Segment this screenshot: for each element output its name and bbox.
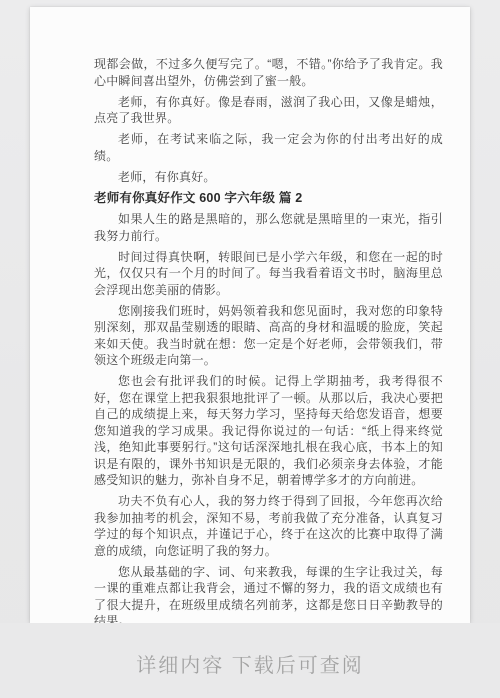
essay-paragraph: 功夫不负有心人，我的努力终于得到了回报，今年您再次给我参加抽考的机会，深知不易，…	[94, 493, 443, 559]
essay-paragraph: 您从最基础的字、词、句来教我，每课的生字让我过关，每一课的重难点都让我背会，通过…	[94, 564, 443, 630]
essay-paragraph: 老师，有你真好。	[94, 169, 443, 186]
essay-paragraph: 时间过得真快啊，转眼间已是小学六年级，和您在一起的时光，仅仅只有一个月的时间了。…	[94, 249, 443, 299]
essay-section-heading: 老师有你真好作文 600 字六年级 篇 2	[94, 190, 443, 207]
essay-paragraph: 现都会做，不过多久便写完了。“嗯，不错。”你给予了我肯定。我心中瞬间喜出望外，仿…	[94, 56, 443, 89]
essay-paragraph: 您刚接我们班时，妈妈领着我和您见面时，我对您的印象特别深刻，那双晶莹剔透的眼睛、…	[94, 303, 443, 369]
document-page: 现都会做，不过多久便写完了。“嗯，不错。”你给予了我肯定。我心中瞬间喜出望外，仿…	[30, 7, 470, 623]
essay-paragraph: 您也会有批评我们的时候。记得上学期抽考，我考得很不好，您在课堂上把我狠狠地批评了…	[94, 373, 443, 489]
preview-canvas: 现都会做，不过多久便写完了。“嗯，不错。”你给予了我肯定。我心中瞬间喜出望外，仿…	[0, 0, 500, 698]
essay-paragraph: 如果人生的路是黑暗的，那么您就是黑暗里的一束光，指引我努力前行。	[94, 211, 443, 244]
download-hint-text: 详细内容 下载后可查阅	[136, 649, 364, 678]
essay-paragraph: 老师，在考试来临之际，我一定会为你的付出考出好的成绩。	[94, 131, 443, 164]
essay-paragraph: 老师，有你真好。像是春雨，滋润了我心田，又像是蜡烛，点亮了我世界。	[94, 94, 443, 127]
download-hint-bar: 详细内容 下载后可查阅	[0, 623, 500, 698]
essay-content: 现都会做，不过多久便写完了。“嗯，不错。”你给予了我肯定。我心中瞬间喜出望外，仿…	[30, 7, 470, 630]
